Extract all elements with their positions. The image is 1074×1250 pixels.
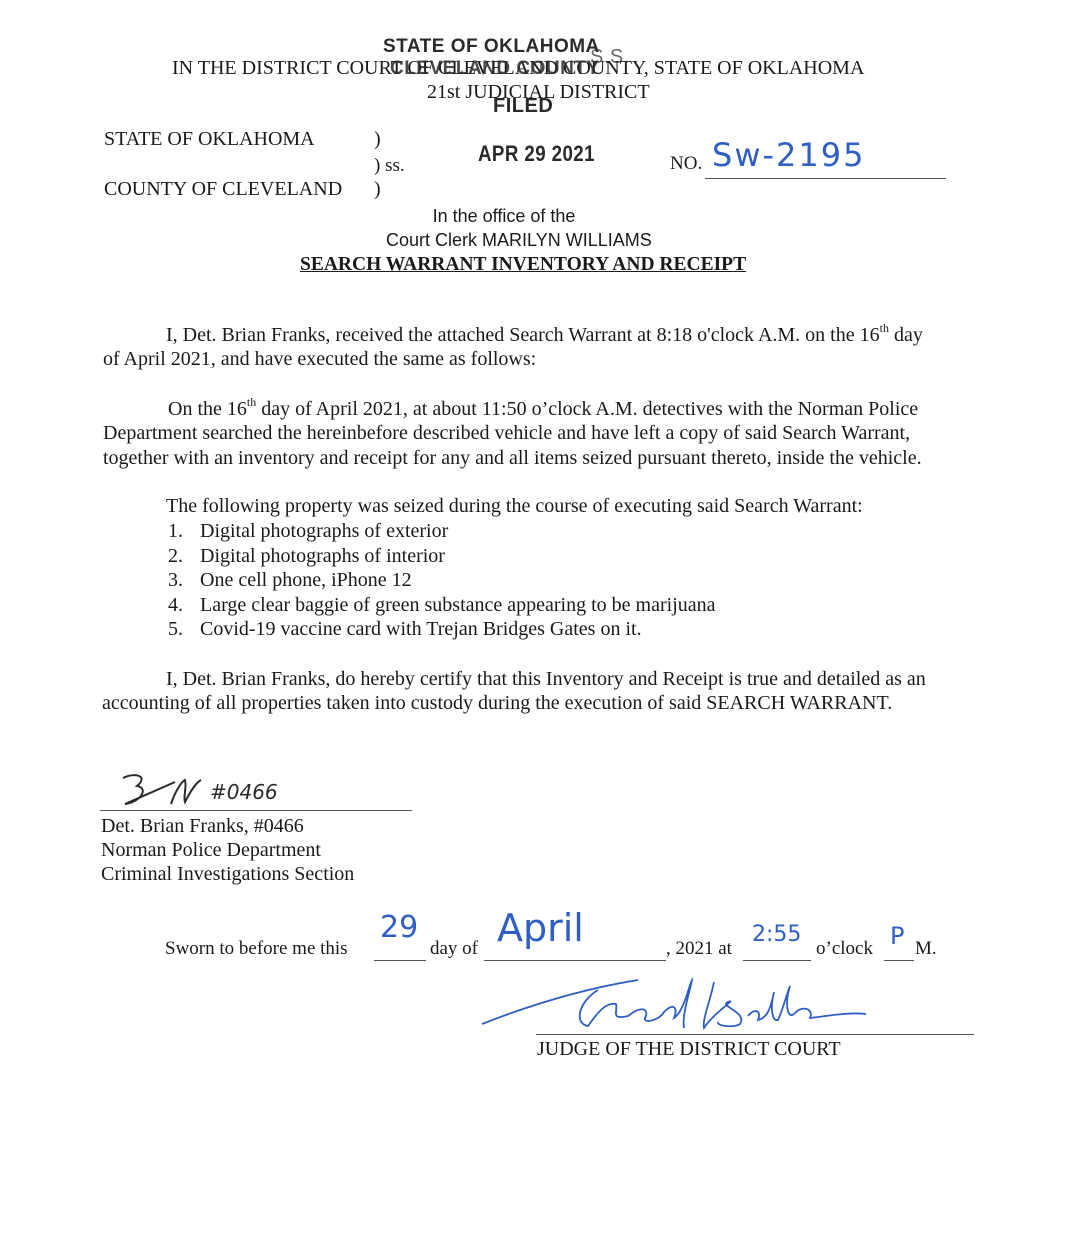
list-item-number: 5. (168, 617, 200, 642)
caption-state: STATE OF OKLAHOMA (104, 128, 315, 151)
list-item: 1.Digital photographs of exterior (168, 519, 716, 544)
sworn-m: M. (915, 938, 937, 960)
filing-stamp-ss: S.S. (590, 46, 630, 69)
case-number-label: NO. (670, 153, 702, 175)
sworn-time: 2:55 (752, 922, 801, 947)
paragraph1-text-a: I, Det. Brian Franks, received the attac… (166, 324, 880, 346)
stamp-office-line2: Court Clerk MARILYN WILLIAMS (386, 230, 652, 251)
officer-section: Criminal Investigations Section (101, 863, 354, 886)
list-item-number: 2. (168, 544, 200, 569)
officer-department: Norman Police Department (101, 839, 321, 862)
list-item-text: Large clear baggie of green substance ap… (200, 594, 716, 616)
sworn-month: April (497, 906, 584, 950)
paragraph2-sup: th (247, 395, 256, 409)
officer-name: Det. Brian Franks, #0466 (101, 815, 304, 838)
sworn-time-underline (743, 960, 811, 961)
judge-signature-icon (478, 972, 868, 1032)
paragraph2-text-b: day of April 2021, at about 11:50 o’cloc… (256, 398, 918, 420)
paragraph2-line3: together with an inventory and receipt f… (103, 447, 922, 470)
sworn-meridiem: P (890, 922, 904, 950)
property-list: 1.Digital photographs of exterior 2.Digi… (168, 519, 716, 642)
list-item-text: Digital photographs of exterior (200, 520, 448, 542)
list-item-number: 4. (168, 593, 200, 618)
paragraph1-text-b: day (889, 324, 923, 346)
caption-paren-1: ) (374, 128, 381, 151)
property-intro: The following property was seized during… (166, 495, 863, 518)
paragraph1-line2: of April 2021, and have executed the sam… (103, 348, 536, 371)
caption-county: COUNTY OF CLEVELAND (104, 178, 342, 201)
caption-paren-3: ) (374, 178, 381, 201)
sworn-day-underline (374, 960, 426, 961)
sworn-meridiem-underline (884, 960, 914, 961)
list-item-text: Digital photographs of interior (200, 545, 445, 567)
sworn-oclock: o’clock (816, 938, 873, 960)
judge-title: JUDGE OF THE DISTRICT COURT (537, 1038, 841, 1061)
caption-ss: ) ss. (374, 155, 405, 177)
sworn-year: , 2021 at (666, 938, 732, 960)
paragraph2-line2: Department searched the hereinbefore des… (103, 422, 910, 445)
filing-stamp-date: APR 29 2021 (478, 141, 595, 167)
case-number-value: Sw-2195 (712, 136, 865, 174)
list-item-text: One cell phone, iPhone 12 (200, 569, 412, 591)
officer-badge-handwritten: #0466 (210, 780, 278, 804)
case-number-underline (705, 178, 946, 179)
list-item: 4.Large clear baggie of green substance … (168, 593, 716, 618)
sworn-month-underline (484, 960, 666, 961)
list-item-number: 1. (168, 519, 200, 544)
list-item-text: Covid-19 vaccine card with Trejan Bridge… (200, 618, 642, 640)
sworn-day: 29 (380, 910, 418, 945)
filing-stamp-county: CLEVELAND COUNTY (390, 58, 600, 80)
judge-signature-line (536, 1034, 974, 1035)
paragraph1-line1: I, Det. Brian Franks, received the attac… (166, 324, 923, 347)
paragraph2-text-a: On the 16 (168, 398, 247, 420)
list-item-number: 3. (168, 568, 200, 593)
list-item: 3.One cell phone, iPhone 12 (168, 568, 716, 593)
paragraph2-line1: On the 16th day of April 2021, at about … (168, 398, 918, 421)
certification-line1: I, Det. Brian Franks, do hereby certify … (166, 668, 926, 691)
filing-stamp-state: STATE OF OKLAHOMA (383, 36, 600, 58)
document-title: SEARCH WARRANT INVENTORY AND RECEIPT (300, 254, 746, 276)
certification-line2: accounting of all properties taken into … (102, 692, 892, 715)
list-item: 5.Covid-19 vaccine card with Trejan Brid… (168, 617, 716, 642)
officer-signature-line (100, 810, 412, 811)
sworn-prefix: Sworn to before me this (165, 938, 348, 960)
paragraph1-sup: th (880, 321, 889, 335)
filing-stamp-filed: FILED (493, 95, 553, 118)
list-item: 2.Digital photographs of interior (168, 544, 716, 569)
stamp-office-line1: In the office of the (386, 206, 622, 227)
sworn-day-of: day of (430, 938, 478, 960)
